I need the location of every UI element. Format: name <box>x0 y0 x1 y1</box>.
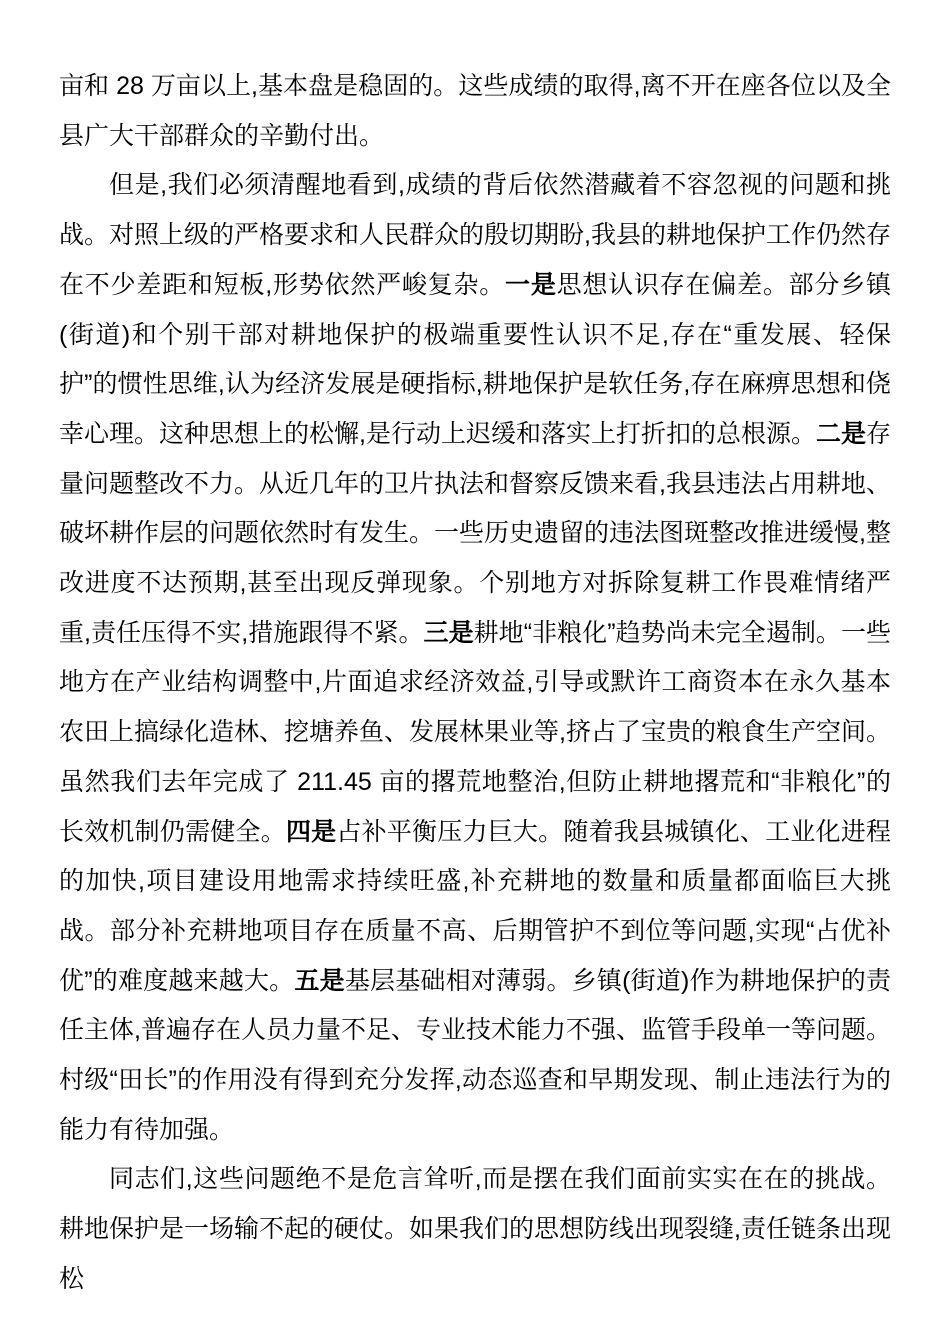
text-run: 亩和 28 万亩以上,基本盘是稳固的。这些成绩的取得,离不开在座各位以及全县广大… <box>59 72 891 150</box>
document-body: 亩和 28 万亩以上,基本盘是稳固的。这些成绩的取得,离不开在座各位以及全县广大… <box>59 62 891 1305</box>
text-run: 耕地“非粮化”趋势尚未完全遏制。一些地方在产业结构调整中,片面追求经济效益,引导… <box>59 619 891 846</box>
text-run: 存量问题整改不力。从近几年的卫片执法和督察反馈来看,我县违法占用耕地、破坏耕作层… <box>59 420 891 647</box>
ordinal-emphasis: 四是 <box>286 818 336 846</box>
ordinal-emphasis: 一是 <box>505 271 557 299</box>
document-page: 亩和 28 万亩以上,基本盘是稳固的。这些成绩的取得,离不开在座各位以及全县广大… <box>0 0 950 1344</box>
ordinal-emphasis: 二是 <box>816 420 866 448</box>
paragraph: 但是,我们必须清醒地看到,成绩的背后依然潜藏着不容忽视的问题和挑战。对照上级的严… <box>59 161 891 1155</box>
text-run: 同志们,这些问题绝不是危言耸听,而是摆在我们面前实实在在的挑战。耕地保护是一场输… <box>59 1165 891 1292</box>
ordinal-emphasis: 三是 <box>424 619 474 647</box>
paragraph: 同志们,这些问题绝不是危言耸听,而是摆在我们面前实实在在的挑战。耕地保护是一场输… <box>59 1155 891 1304</box>
paragraph: 亩和 28 万亩以上,基本盘是稳固的。这些成绩的取得,离不开在座各位以及全县广大… <box>59 62 891 161</box>
ordinal-emphasis: 五是 <box>294 967 344 995</box>
